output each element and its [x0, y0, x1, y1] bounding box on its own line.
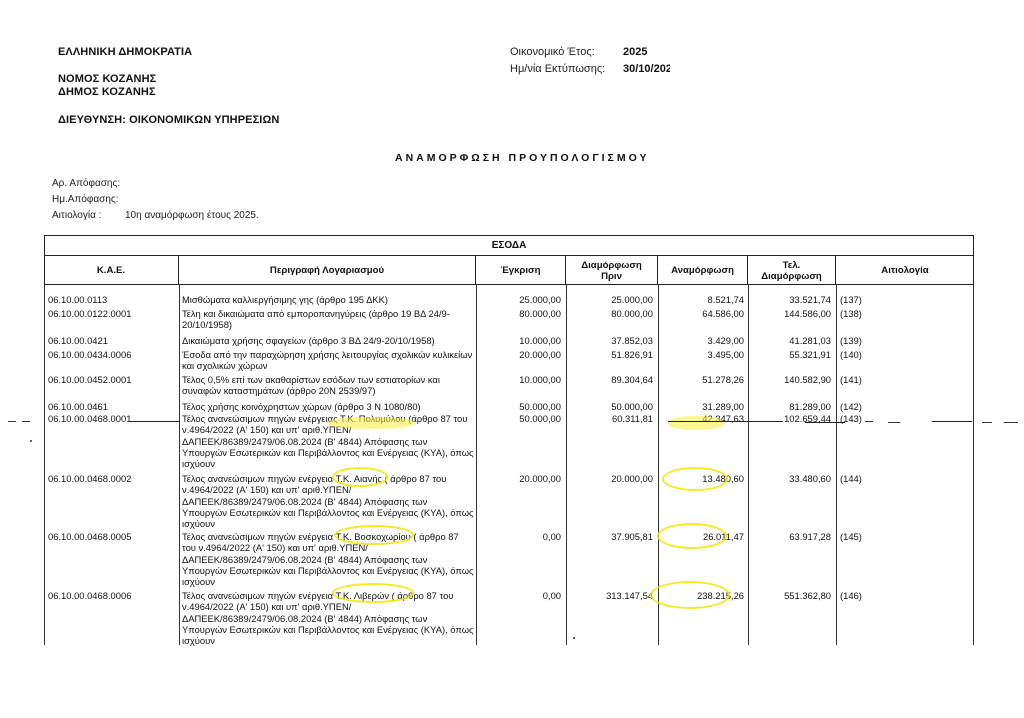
kae-cell: 06.10.00.0468.0006: [48, 590, 178, 601]
kae-cell: 06.10.00.0468.0005: [48, 531, 178, 542]
col-header-amendment: Αναμόρφωση: [658, 256, 748, 285]
justification-ref-cell: (146): [840, 590, 900, 601]
scan-artifact: [130, 421, 180, 422]
final-cell: 144.586,00: [748, 308, 831, 319]
decision-date-label: Ημ.Απόφασης:: [52, 194, 119, 205]
scan-artifact: [805, 422, 845, 423]
document-title: ΑΝΑΜΟΡΦΩΣΗ ΠΡΟΥΠΟΛΟΓΙΣΜΟΥ: [395, 152, 649, 164]
kae-cell: 06.10.00.0421: [48, 335, 178, 346]
final-cell: 63.917,28: [748, 531, 831, 542]
before-cell: 313.147,54: [566, 590, 653, 601]
approval-cell: 10.000,00: [476, 335, 561, 346]
justification-value: 10η αναμόρφωση έτους 2025.: [125, 210, 259, 221]
amendment-cell: 3.495,00: [658, 349, 744, 360]
before-cell: 51.826,91: [566, 349, 653, 360]
final-cell: 33.521,74: [748, 294, 831, 305]
scan-artifact: [865, 421, 873, 422]
decision-number-label: Αρ. Απόφασης:: [52, 178, 120, 189]
before-cell: 60.311,81: [566, 413, 653, 424]
print-date-value: 30/10/2025: [623, 63, 670, 75]
amendment-cell: 3.429,00: [658, 335, 744, 346]
scan-artifact: [982, 422, 992, 423]
justification-ref-cell: (137): [840, 294, 900, 305]
description-cell: Τέλος ανανεώσιμων πηγών ενέργεια Τ.Κ. Αι…: [182, 473, 474, 529]
col-divider: [179, 285, 180, 645]
country-name: ΕΛΛΗΝΙΚΗ ΔΗΜΟΚΡΑΤΙΑ: [58, 46, 192, 58]
municipality-name: ΔΗΜΟΣ ΚΟΖΑΝΗΣ: [58, 86, 156, 98]
before-cell: 89.304,64: [566, 374, 653, 385]
amendment-cell: 13.480,60: [658, 473, 744, 484]
col-header-before: Διαμόρφωση Πριν: [566, 256, 658, 285]
scan-artifact: [573, 637, 575, 639]
description-cell: Τέλος ανανεώσιμων πηγών ενέργειας Τ.Κ. Π…: [182, 413, 474, 469]
before-cell: 37.852,03: [566, 335, 653, 346]
col-header-kae: Κ.Α.Ε.: [44, 256, 179, 285]
scan-artifact: [22, 421, 30, 422]
scan-artifact: [8, 421, 16, 422]
amendment-cell: 8.521,74: [658, 294, 744, 305]
justification-ref-cell: (142): [840, 401, 900, 412]
amendment-cell: 26.011,47: [658, 531, 744, 542]
approval-cell: 0,00: [476, 531, 561, 542]
col-divider: [973, 285, 974, 645]
amendment-cell: 42.347,63: [658, 413, 744, 424]
before-cell: 50.000,00: [566, 401, 653, 412]
amendment-cell: 238.215,26: [658, 590, 744, 601]
kae-cell: 06.10.00.0468.0001: [48, 413, 178, 424]
justification-ref-cell: (145): [840, 531, 900, 542]
col-header-justification: Αιτιολογία: [836, 256, 974, 285]
kae-cell: 06.10.00.0468.0002: [48, 473, 178, 484]
kae-cell: 06.10.00.0434.0006: [48, 349, 178, 360]
before-cell: 20.000,00: [566, 473, 653, 484]
col-divider: [44, 285, 45, 645]
approval-cell: 20.000,00: [476, 473, 561, 484]
justification-ref-cell: (139): [840, 335, 900, 346]
before-cell: 80.000,00: [566, 308, 653, 319]
scan-artifact: [668, 421, 783, 422]
description-cell: Τέλη και δικαιώματα από εμποροπανηγύρεις…: [182, 308, 474, 331]
description-cell: Έσοδα από την παραχώρηση χρήσης λειτουργ…: [182, 349, 474, 372]
description-cell: Τέλος 0,5% επί των ακαθαρίστων εσόδων τω…: [182, 374, 474, 397]
final-cell: 55.321,91: [748, 349, 831, 360]
col-header-approval: Έγκριση: [476, 256, 566, 285]
approval-cell: 80.000,00: [476, 308, 561, 319]
section-title: ΕΣΟΔΑ: [44, 235, 974, 256]
approval-cell: 50.000,00: [476, 401, 561, 412]
approval-cell: 10.000,00: [476, 374, 561, 385]
description-cell: Μισθώματα καλλιεργήσιμης γης (άρθρο 195 …: [182, 294, 474, 305]
scan-artifact: [30, 440, 32, 442]
col-header-final: Τελ. Διαμόρφωση: [748, 256, 836, 285]
col-divider: [836, 285, 837, 645]
before-cell: 37.905,81: [566, 531, 653, 542]
description-cell: Τέλος ανανεώσιμων πηγών ενέργεια Τ.Κ. Βο…: [182, 531, 474, 587]
justification-ref-cell: (138): [840, 308, 900, 319]
kae-cell: 06.10.00.0122.0001: [48, 308, 178, 319]
col-header-before-line1: Διαμόρφωση: [581, 260, 642, 271]
description-cell: Τέλος χρήσης κοινόχρηστων χώρων (άρθρο 3…: [182, 401, 474, 412]
prefecture-name: ΝΟΜΟΣ ΚΟΖΑΝΗΣ: [58, 73, 156, 85]
department-name: ΔΙΕΥΘΥΝΣΗ: ΟΙΚΟΝΟΜΙΚΩΝ ΥΠΗΡΕΣΙΩΝ: [58, 114, 279, 126]
amendment-cell: 64.586,00: [658, 308, 744, 319]
final-cell: 140.582,90: [748, 374, 831, 385]
fiscal-year-label: Οικονομικό Έτος:: [510, 46, 595, 58]
kae-cell: 06.10.00.0461: [48, 401, 178, 412]
justification-ref-cell: (141): [840, 374, 900, 385]
justification-ref-cell: (144): [840, 473, 900, 484]
justification-ref-cell: (140): [840, 349, 900, 360]
justification-label: Αιτιολογία :: [52, 210, 101, 221]
col-header-final-line2: Διαμόρφωση: [761, 271, 822, 282]
final-cell: 81.289,00: [748, 401, 831, 412]
approval-cell: 0,00: [476, 590, 561, 601]
kae-cell: 06.10.00.0452.0001: [48, 374, 178, 385]
scan-artifact: [888, 422, 900, 423]
approval-cell: 25.000,00: [476, 294, 561, 305]
amendment-cell: 51.278,26: [658, 374, 744, 385]
scan-artifact: [932, 421, 972, 422]
final-cell: 33.480,60: [748, 473, 831, 484]
fiscal-year-value: 2025: [623, 46, 647, 58]
final-cell: 551.362,80: [748, 590, 831, 601]
final-cell: 41.281,03: [748, 335, 831, 346]
description-cell: Δικαιώματα χρήσης σφαγείων (άρθρο 3 ΒΔ 2…: [182, 335, 474, 346]
before-cell: 25.000,00: [566, 294, 653, 305]
kae-cell: 06.10.00.0113: [48, 294, 178, 305]
approval-cell: 50.000,00: [476, 413, 561, 424]
amendment-cell: 31.289,00: [658, 401, 744, 412]
approval-cell: 20.000,00: [476, 349, 561, 360]
print-date-label: Ημ/νία Εκτύπωσης:: [510, 63, 605, 75]
col-header-final-line1: Τελ.: [783, 260, 801, 271]
col-header-description: Περιγραφή Λογαριασμού: [179, 256, 476, 285]
scan-artifact: [1004, 422, 1018, 423]
description-cell: Τέλος ανανεώσιμων πηγών ενέργεια Τ.Κ. Λι…: [182, 590, 474, 646]
col-header-before-line2: Πριν: [601, 271, 622, 282]
